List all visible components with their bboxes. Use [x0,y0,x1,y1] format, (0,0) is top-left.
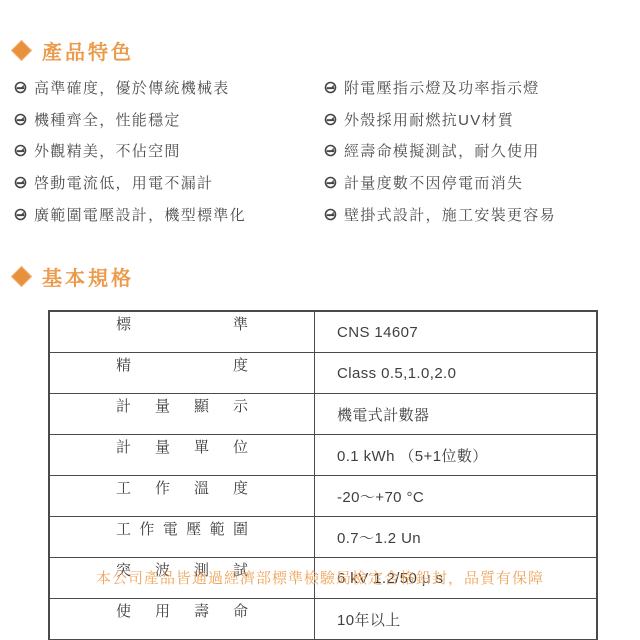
specs-table: 標準 CNS 14607 精度 Class 0.5,1.0,2.0 計量顯示 機… [48,310,598,640]
table-row: 計量單位 0.1 kWh （5+1位數） [49,435,597,476]
feature-text: 廣範圍電壓設計，機型標準化 [34,204,246,225]
feature-text: 壁掛式設計，施工安裝更容易 [344,204,556,225]
spec-label: 精度 [116,354,248,392]
spec-value-cell: 10年以上 [315,599,598,640]
feature-text: 啓動電流低，用電不漏計 [34,172,213,193]
spec-label: 計量顯示 [116,395,248,433]
spec-value-cell: -20～+70 °C [315,476,598,517]
spec-value-cell: 機電式計數器 [315,394,598,435]
feature-bullet-icon [14,208,27,221]
spec-label: 工作電壓範圍 [116,518,248,556]
feature-bullet-icon [324,81,337,94]
feature-bullet-icon [14,113,27,126]
spec-value-cell: CNS 14607 [315,311,598,353]
feature-text: 外觀精美，不佔空間 [34,140,181,161]
table-row: 計量顯示 機電式計數器 [49,394,597,435]
feature-bullet-icon [14,81,27,94]
feature-item: 高準確度，優於傳統機械表 [14,72,246,104]
feature-item: 經壽命模擬測試，耐久使用 [324,135,556,167]
features-section-title: 產品特色 [42,36,134,65]
feature-bullet-icon [14,144,27,157]
feature-text: 計量度數不因停電而消失 [344,172,523,193]
spec-value-cell: 0.1 kWh （5+1位數） [315,435,598,476]
feature-item: 外觀精美，不佔空間 [14,135,246,167]
spec-label-cell: 使用壽命 [49,599,315,640]
feature-bullet-icon [324,113,337,126]
feature-bullet-icon [324,208,337,221]
features-column-left: 高準確度，優於傳統機械表 機種齊全，性能穩定 外觀精美，不佔空間 啓動電流低，用… [14,72,246,230]
spec-label-cell: 工作電壓範圍 [49,517,315,558]
spec-label-cell: 精度 [49,353,315,394]
feature-item: 機種齊全，性能穩定 [14,104,246,136]
feature-item: 廣範圍電壓設計，機型標準化 [14,198,246,230]
spec-label-cell: 計量單位 [49,435,315,476]
spec-label-cell: 工作溫度 [49,476,315,517]
feature-item: 壁掛式設計，施工安裝更容易 [324,198,556,230]
feature-text: 機種齊全，性能穩定 [34,109,181,130]
spec-label-cell: 計量顯示 [49,394,315,435]
spec-sheet-page: 產品特色 高準確度，優於傳統機械表 機種齊全，性能穩定 外觀精美，不佔空間 啓動… [0,0,640,640]
table-row: 工作電壓範圍 0.7～1.2 Un [49,517,597,558]
feature-text: 高準確度，優於傳統機械表 [34,77,230,98]
feature-bullet-icon [324,176,337,189]
feature-item: 外殼採用耐燃抗UV材質 [324,104,556,136]
feature-item: 啓動電流低，用電不漏計 [14,167,246,199]
spec-label: 工作溫度 [116,477,248,515]
feature-bullet-icon [324,144,337,157]
spec-label-cell: 標準 [49,311,315,353]
feature-bullet-icon [14,176,27,189]
table-row: 工作溫度 -20～+70 °C [49,476,597,517]
feature-text: 經壽命模擬測試，耐久使用 [344,140,540,161]
specs-section-header: 基本規格 [14,265,134,287]
feature-text: 外殼採用耐燃抗UV材質 [344,109,514,130]
spec-label: 使用壽命 [116,600,248,638]
feature-item: 附電壓指示燈及功率指示燈 [324,72,556,104]
spec-label: 計量單位 [116,436,248,474]
spec-value-cell: 0.7～1.2 Un [315,517,598,558]
diamond-icon [11,39,32,60]
spec-label: 標準 [116,313,248,351]
specs-section-title: 基本規格 [42,262,134,291]
spec-value-cell: Class 0.5,1.0,2.0 [315,353,598,394]
diamond-icon [11,265,32,286]
feature-item: 計量度數不因停電而消失 [324,167,556,199]
features-section-header: 產品特色 [14,39,134,61]
table-row: 使用壽命 10年以上 [49,599,597,640]
table-row: 精度 Class 0.5,1.0,2.0 [49,353,597,394]
feature-text: 附電壓指示燈及功率指示燈 [344,77,540,98]
features-column-right: 附電壓指示燈及功率指示燈 外殼採用耐燃抗UV材質 經壽命模擬測試，耐久使用 計量… [324,72,556,230]
table-row: 標準 CNS 14607 [49,311,597,353]
footer-note: 本公司產品皆通過經濟部標準檢驗局檢定合格鉛封，品質有保障 [0,567,640,588]
